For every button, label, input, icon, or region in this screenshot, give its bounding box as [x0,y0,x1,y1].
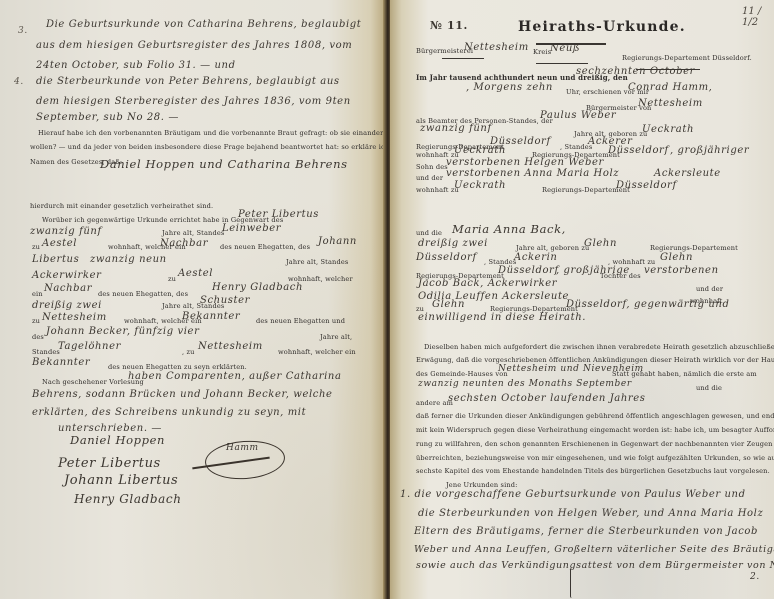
witness1-name: Peter Libertus [238,209,319,220]
label: Regierungs-Departement [650,244,738,252]
groom-parents-residence: Ueckrath [454,180,506,191]
printed-body-line: daß ferner die Urkunden dieser Ankündigu… [416,412,774,420]
bride-parents-residence: Glehn [432,299,465,310]
margin-note-3: 3. [18,26,28,36]
label: zu [32,317,40,325]
groom-residence-dept: Düsseldorf [608,145,669,156]
bride-birthplace: Glehn [584,238,617,249]
first-proclamation: zwanzig neunten des Monaths September [418,379,632,389]
official-name: Conrad Hamm, [628,82,712,93]
hand-line: September, sub No 28. — [36,112,179,123]
record-number: № 11. [430,19,468,32]
printed-question-line: wollen? — und da jeder von beiden insbes… [30,143,400,151]
bride-father-prefix: verstorbenen [644,265,719,276]
printed-married-line: hierdurch mit einander gesetzlich verhei… [30,202,213,210]
witness2-occupation: Ackerwirker [32,270,101,281]
label: Kreis [533,48,551,56]
label: des neuen Ehegatten, des [220,243,310,251]
witness3-name: Henry Gladbach [212,282,303,293]
bride-age: dreißig zwei [418,238,488,249]
groom-majority: , großjähriger [670,145,749,156]
hand-line: dem hiesigen Sterberegister des Jahres 1… [36,96,351,107]
label: Jahre alt, Standes [162,229,224,237]
witness1-place: Aestel [42,238,77,249]
witness3-relation: Bekannter [182,311,240,322]
bride-parents-dept: Düsseldorf, [566,299,630,310]
printed-body-line: und die [696,384,722,392]
signature-witness2: Johann Libertus [64,473,178,488]
label: Jahre alt, geboren zu [516,244,589,252]
printed-documents-intro: Jene Urkunden sind: [446,481,518,489]
bride-occupation: Ackerin [514,252,557,263]
hand-line: aus dem hiesigen Geburtsregister des Jah… [36,40,352,51]
label: und die [416,229,442,237]
second-proclamation: sechsten October laufenden Jahres [448,393,646,404]
witness4-relation: Bekannter [32,357,90,368]
brace-mark [570,568,574,598]
groom-name: Paulus Weber [540,110,616,121]
divider [442,58,484,59]
page-footer-number: 2. [750,572,760,582]
groom-mother: verstorbenen Anna Maria Holz [446,168,619,179]
witness2-first-name: Johann [318,236,357,247]
label: des neuen Ehegatten und [256,317,345,325]
witness2-place: Aestel [178,268,213,279]
label: zu [168,275,176,283]
groom-birthplace: Ueckrath [642,124,694,135]
kreis-value: Neuß [550,43,580,54]
printed-body-line: Dieselben haben mich aufgefordert die zw… [424,343,774,351]
signature-official: Hamm [226,443,259,453]
witness4-occupation: Tagelöhner [58,341,121,352]
witness4-place: Nettesheim [198,341,263,352]
groom-father: verstorbenen Helgen Weber [446,157,604,168]
marriage-time: , Morgens zehn [466,82,553,93]
label: ein [32,290,43,298]
groom-parents-dept: Düsseldorf [616,180,677,191]
divider [536,63,588,64]
label: des neuen Ehegatten, des [98,290,188,298]
witness2-relation: Nachbar [44,283,92,294]
bride-birth-dept: Düsseldorf [416,252,477,263]
witness2-last-name: Libertus [32,254,79,265]
consent-text: gegenwärtig und [634,299,729,310]
regierungs-departement-header: Regierungs-Departement Düsseldorf. [622,54,752,62]
bride-residence: Glehn [660,252,693,263]
groom-age: zwanzig fünf [420,123,492,134]
right-page: 11 / 1/2 № 11. Heiraths-Urkunde. Bürgerm… [390,0,774,599]
printed-body-line: des Gemeinde-Hauses von [416,370,508,378]
hand-document-line: sowie auch das Verkündigungsattest von d… [416,560,774,571]
label: wohnhaft, welcher ein [278,348,356,356]
bride-name: Maria Anna Back, [452,222,566,236]
label: Tochter des [600,272,641,280]
couple-names: Daniel Hoppen und Catharina Behrens [100,157,348,171]
hand-line: die Sterbeurkunde von Peter Behrens, beg… [36,76,340,87]
margin-note-4: 4. [14,77,24,87]
witness2-age: zwanzig neun [90,254,167,265]
label: Standes [32,348,60,356]
official-town: Nettesheim [638,98,703,109]
consent-text: einwilligend in diese Heirath. [418,312,586,323]
open-register-book: 3. Die Geburtsurkunde von Catharina Behr… [0,0,774,599]
printed-body-line: rung zu willfahren, den schon genannten … [416,440,774,448]
groom-residence: Ueckrath [454,145,506,156]
witness1-age: zwanzig fünf [30,226,102,237]
buergermeisterei-value: Nettesheim [464,42,529,53]
hand-line: Die Geburtsurkunde von Catharina Behrens… [46,19,361,30]
label: Jahre alt, [320,333,352,341]
hand-document-line: die Sterbeurkunden von Helgen Weber, und… [418,508,763,519]
hand-document-line: Eltern des Bräutigams, ferner die Sterbe… [414,526,758,537]
hand-document-line: 1. die vorgeschaffene Geburtsurkunde von… [400,489,746,500]
label: und der [696,285,723,293]
witness4-name: Johann Becker, fünfzig vier [46,326,199,337]
witness1-occupation: Leinweber [222,223,281,234]
hand-closing-line: erklärten, des Schreibens unkundig zu se… [32,407,306,418]
left-page: 3. Die Geburtsurkunde von Catharina Behr… [0,0,386,599]
hand-line: 24ten October, sub Folio 31. — und [36,60,236,71]
label: zu [32,243,40,251]
label: Jahre alt, Standes [286,258,348,266]
printed-question-line: Hierauf habe ich den vorbenannten Bräuti… [38,129,419,137]
witness1-relation: Nachbar [160,238,208,249]
label: und der [416,174,443,182]
label: wohnhaft zu [416,186,459,194]
label: des [32,333,44,341]
label: des neuen Ehegatten zu seyn erklärten. [108,363,247,371]
signature-witness1: Peter Libertus [58,456,161,471]
printed-body-line: überreichten, beziehungsweise von mir ei… [416,454,774,462]
witness3-occupation: Schuster [200,295,250,306]
printed-body-line: Erwägung, daß die vorgeschriebenen öffen… [416,356,774,364]
signature-witness3: Henry Gladbach [74,492,182,506]
label: Sohn des [416,163,448,171]
folio-number: 11 / 1/2 [742,6,774,28]
printed-body-line: mit kein Widerspruch gegen diese Verheir… [416,426,774,434]
hand-closing-line: Behrens, sodann Brücken und Johann Becke… [32,389,333,400]
marriage-date: sechzehnten October [576,66,695,77]
document-title: Heiraths-Urkunde. [518,19,686,35]
bride-father: Jacob Back, Ackerwirker [418,278,557,289]
witness3-place: Nettesheim [42,312,107,323]
bride-residence-dept: Düsseldorf [498,265,559,276]
printed-body-line: sechste Kapitel des vom Ehestande handel… [416,467,770,475]
printed-body-line: Statt gehabt haben, nämlich die erste am [612,370,757,378]
signature-groom: Daniel Hoppen [70,433,165,447]
hand-closing-line: haben Comparenten, außer Catharina [128,371,342,382]
groom-parents-occupation: Ackersleute [654,168,721,179]
label: , zu [182,348,195,356]
hand-document-line: Weber und Anna Leuffen, Großeltern väter… [414,544,774,555]
witness3-age: dreißig zwei [32,300,102,311]
